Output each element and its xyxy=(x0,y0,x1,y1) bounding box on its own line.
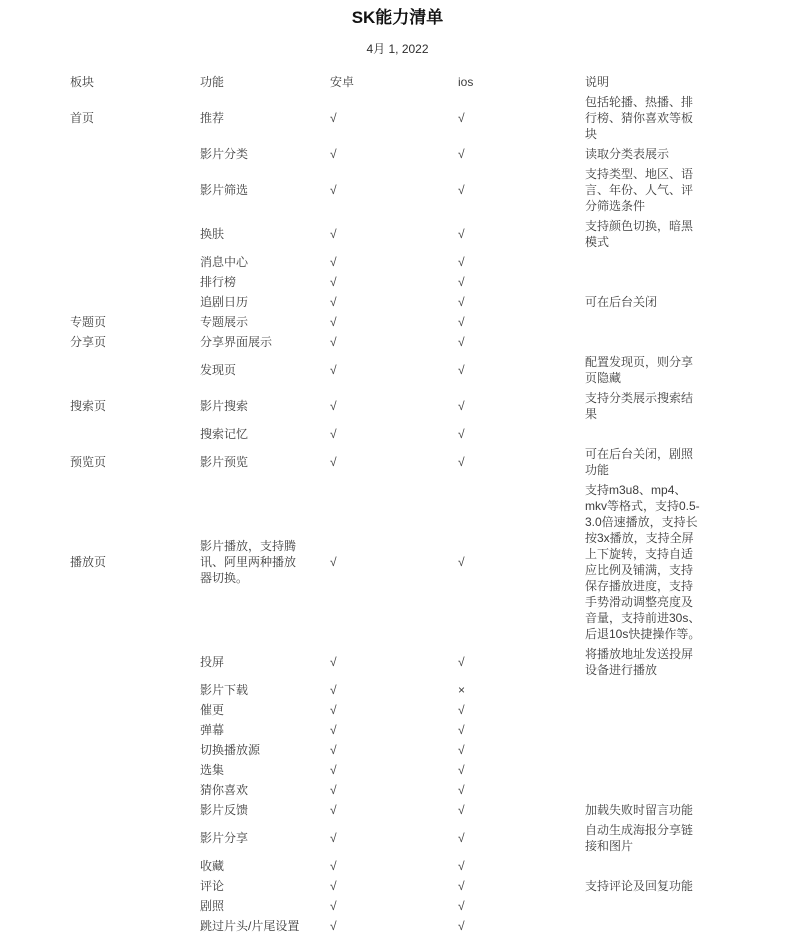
feature-cell: 弹幕 xyxy=(200,720,330,740)
note-cell xyxy=(585,312,710,332)
android-status-mark: √ xyxy=(330,820,458,856)
table-row: 追剧日历 √ √ 可在后台关闭 xyxy=(70,292,710,312)
feature-cell: 影片分类 xyxy=(200,144,330,164)
feature-cell: 专题展示 xyxy=(200,312,330,332)
column-header-feature: 功能 xyxy=(200,72,330,92)
note-cell: 加载失败时留言功能 xyxy=(585,800,710,820)
section-cell xyxy=(70,740,200,760)
table-row: 弹幕 √ √ xyxy=(70,720,710,740)
android-status-mark: √ xyxy=(330,164,458,216)
section-cell: 预览页 xyxy=(70,444,200,480)
section-cell: 首页 xyxy=(70,92,200,144)
table-row: 收藏 √ √ xyxy=(70,856,710,876)
table-row: 分享页 分享界面展示 √ √ xyxy=(70,332,710,352)
note-cell xyxy=(585,740,710,760)
column-header-android: 安卓 xyxy=(330,72,458,92)
android-status-mark: √ xyxy=(330,92,458,144)
note-cell: 自动生成海报分享链接和图片 xyxy=(585,820,710,856)
table-row: 消息中心 √ √ xyxy=(70,252,710,272)
android-status-mark: √ xyxy=(330,144,458,164)
section-cell xyxy=(70,424,200,444)
note-cell xyxy=(585,424,710,444)
android-status-mark: √ xyxy=(330,272,458,292)
column-header-section: 板块 xyxy=(70,72,200,92)
feature-cell: 切换播放源 xyxy=(200,740,330,760)
note-cell: 支持颜色切换，暗黑模式 xyxy=(585,216,710,252)
section-cell: 分享页 xyxy=(70,332,200,352)
column-header-ios: ios xyxy=(458,72,585,92)
note-cell: 读取分类表展示 xyxy=(585,144,710,164)
ios-status-mark: √ xyxy=(458,332,585,352)
ios-status-mark: √ xyxy=(458,92,585,144)
section-cell xyxy=(70,216,200,252)
document-page: { "document": { "title": "SK能力清单", "date… xyxy=(0,0,795,941)
note-cell: 支持m3u8、mp4、mkv等格式，支持0.5-3.0倍速播放，支持长按3x播放… xyxy=(585,480,710,644)
android-status-mark: √ xyxy=(330,252,458,272)
ios-status-mark: √ xyxy=(458,424,585,444)
table-row: 猜你喜欢 √ √ xyxy=(70,780,710,800)
ios-status-mark: √ xyxy=(458,312,585,332)
section-cell xyxy=(70,856,200,876)
section-cell xyxy=(70,164,200,216)
android-status-mark: √ xyxy=(330,680,458,700)
feature-cell: 评论 xyxy=(200,876,330,896)
section-cell xyxy=(70,352,200,388)
table-row: 搜索页 影片搜索 √ √ 支持分类展示搜索结果 xyxy=(70,388,710,424)
android-status-mark: √ xyxy=(330,800,458,820)
ios-status-mark: √ xyxy=(458,820,585,856)
note-cell: 包括轮播、热播、排行榜、猜你喜欢等板块 xyxy=(585,92,710,144)
ios-status-mark: √ xyxy=(458,780,585,800)
feature-cell: 推荐 xyxy=(200,92,330,144)
feature-cell: 催更 xyxy=(200,700,330,720)
table-row: 影片下载 √ × xyxy=(70,680,710,700)
android-status-mark: √ xyxy=(330,916,458,936)
section-cell: 播放页 xyxy=(70,480,200,644)
note-cell: 支持评论及回复功能 xyxy=(585,876,710,896)
note-cell xyxy=(585,720,710,740)
note-cell: 可在后台关闭 xyxy=(585,292,710,312)
ios-status-mark: √ xyxy=(458,388,585,424)
table-row: 投屏 √ √ 将播放地址发送投屏设备进行播放 xyxy=(70,644,710,680)
ios-status-mark: √ xyxy=(458,444,585,480)
note-cell xyxy=(585,680,710,700)
feature-cell: 影片播放，支持腾讯、阿里两种播放器切换。 xyxy=(200,480,330,644)
feature-cell: 发现页 xyxy=(200,352,330,388)
feature-cell: 影片分享 xyxy=(200,820,330,856)
section-cell xyxy=(70,800,200,820)
android-status-mark: √ xyxy=(330,760,458,780)
feature-cell: 换肤 xyxy=(200,216,330,252)
table-row: 预览页 影片预览 √ √ 可在后台关闭，剧照功能 xyxy=(70,444,710,480)
ios-status-mark: √ xyxy=(458,292,585,312)
section-cell xyxy=(70,916,200,936)
section-cell: 专题页 xyxy=(70,312,200,332)
section-cell: 搜索页 xyxy=(70,388,200,424)
android-status-mark: √ xyxy=(330,700,458,720)
android-status-mark: √ xyxy=(330,388,458,424)
android-status-mark: √ xyxy=(330,740,458,760)
feature-cell: 影片反馈 xyxy=(200,800,330,820)
note-cell xyxy=(585,780,710,800)
ios-status-mark: √ xyxy=(458,272,585,292)
ios-status-mark: √ xyxy=(458,480,585,644)
table-row: 发现页 √ √ 配置发现页，则分享页隐藏 xyxy=(70,352,710,388)
feature-cell: 收藏 xyxy=(200,856,330,876)
android-status-mark: √ xyxy=(330,856,458,876)
section-cell xyxy=(70,876,200,896)
table-row: 切换播放源 √ √ xyxy=(70,740,710,760)
document-date: 4月 1, 2022 xyxy=(0,42,795,56)
section-cell xyxy=(70,144,200,164)
android-status-mark: √ xyxy=(330,480,458,644)
note-cell xyxy=(585,700,710,720)
table-row: 影片反馈 √ √ 加载失败时留言功能 xyxy=(70,800,710,820)
table-row: 排行榜 √ √ xyxy=(70,272,710,292)
section-cell xyxy=(70,680,200,700)
android-status-mark: √ xyxy=(330,780,458,800)
table-row: 影片分享 √ √ 自动生成海报分享链接和图片 xyxy=(70,820,710,856)
note-cell: 支持类型、地区、语言、年份、人气、评分筛选条件 xyxy=(585,164,710,216)
note-cell xyxy=(585,760,710,780)
android-status-mark: √ xyxy=(330,332,458,352)
ios-status-mark: √ xyxy=(458,164,585,216)
android-status-mark: √ xyxy=(330,352,458,388)
feature-cell: 追剧日历 xyxy=(200,292,330,312)
table-row: 搜索记忆 √ √ xyxy=(70,424,710,444)
note-cell xyxy=(585,252,710,272)
table-body: 首页 推荐 √ √ 包括轮播、热播、排行榜、猜你喜欢等板块 影片分类 √ √ 读… xyxy=(70,92,710,936)
android-status-mark: √ xyxy=(330,720,458,740)
section-cell xyxy=(70,780,200,800)
note-cell xyxy=(585,332,710,352)
ios-status-mark: √ xyxy=(458,856,585,876)
android-status-mark: √ xyxy=(330,424,458,444)
section-cell xyxy=(70,896,200,916)
section-cell xyxy=(70,644,200,680)
ios-status-mark: √ xyxy=(458,760,585,780)
section-cell xyxy=(70,760,200,780)
section-cell xyxy=(70,720,200,740)
table-row: 首页 推荐 √ √ 包括轮播、热播、排行榜、猜你喜欢等板块 xyxy=(70,92,710,144)
column-header-note: 说明 xyxy=(585,72,710,92)
android-status-mark: √ xyxy=(330,876,458,896)
ios-status-mark: √ xyxy=(458,144,585,164)
table-row: 专题页 专题展示 √ √ xyxy=(70,312,710,332)
feature-cell: 跳过片头/片尾设置 xyxy=(200,916,330,936)
feature-cell: 影片搜索 xyxy=(200,388,330,424)
ios-status-mark: √ xyxy=(458,740,585,760)
ios-status-mark: × xyxy=(458,680,585,700)
android-status-mark: √ xyxy=(330,444,458,480)
table-row: 选集 √ √ xyxy=(70,760,710,780)
android-status-mark: √ xyxy=(330,644,458,680)
table-row: 剧照 √ √ xyxy=(70,896,710,916)
note-cell xyxy=(585,272,710,292)
section-cell xyxy=(70,252,200,272)
header-row: 板块 功能 安卓 ios 说明 xyxy=(70,72,710,92)
note-cell xyxy=(585,856,710,876)
ios-status-mark: √ xyxy=(458,216,585,252)
ios-status-mark: √ xyxy=(458,876,585,896)
feature-cell: 剧照 xyxy=(200,896,330,916)
capability-table: 板块 功能 安卓 ios 说明 首页 推荐 √ √ 包括轮播、热播、排行榜、猜你… xyxy=(70,72,710,936)
table-row: 评论 √ √ 支持评论及回复功能 xyxy=(70,876,710,896)
ios-status-mark: √ xyxy=(458,896,585,916)
table-row: 影片筛选 √ √ 支持类型、地区、语言、年份、人气、评分筛选条件 xyxy=(70,164,710,216)
table-row: 播放页 影片播放，支持腾讯、阿里两种播放器切换。 √ √ 支持m3u8、mp4、… xyxy=(70,480,710,644)
table-row: 换肤 √ √ 支持颜色切换，暗黑模式 xyxy=(70,216,710,252)
feature-cell: 排行榜 xyxy=(200,272,330,292)
feature-cell: 影片筛选 xyxy=(200,164,330,216)
note-cell xyxy=(585,896,710,916)
section-cell xyxy=(70,820,200,856)
section-cell xyxy=(70,292,200,312)
feature-cell: 猜你喜欢 xyxy=(200,780,330,800)
android-status-mark: √ xyxy=(330,292,458,312)
ios-status-mark: √ xyxy=(458,644,585,680)
note-cell: 可在后台关闭，剧照功能 xyxy=(585,444,710,480)
section-cell xyxy=(70,700,200,720)
feature-cell: 分享界面展示 xyxy=(200,332,330,352)
note-cell: 将播放地址发送投屏设备进行播放 xyxy=(585,644,710,680)
feature-cell: 影片预览 xyxy=(200,444,330,480)
feature-cell: 搜索记忆 xyxy=(200,424,330,444)
ios-status-mark: √ xyxy=(458,252,585,272)
table-row: 跳过片头/片尾设置 √ √ xyxy=(70,916,710,936)
feature-cell: 影片下载 xyxy=(200,680,330,700)
ios-status-mark: √ xyxy=(458,700,585,720)
ios-status-mark: √ xyxy=(458,352,585,388)
feature-cell: 消息中心 xyxy=(200,252,330,272)
android-status-mark: √ xyxy=(330,896,458,916)
table-row: 影片分类 √ √ 读取分类表展示 xyxy=(70,144,710,164)
note-cell: 配置发现页，则分享页隐藏 xyxy=(585,352,710,388)
android-status-mark: √ xyxy=(330,312,458,332)
android-status-mark: √ xyxy=(330,216,458,252)
note-cell xyxy=(585,916,710,936)
feature-cell: 投屏 xyxy=(200,644,330,680)
ios-status-mark: √ xyxy=(458,800,585,820)
page-title: SK能力清单 xyxy=(0,8,795,28)
note-cell: 支持分类展示搜索结果 xyxy=(585,388,710,424)
table-row: 催更 √ √ xyxy=(70,700,710,720)
ios-status-mark: √ xyxy=(458,720,585,740)
section-cell xyxy=(70,272,200,292)
ios-status-mark: √ xyxy=(458,916,585,936)
feature-cell: 选集 xyxy=(200,760,330,780)
